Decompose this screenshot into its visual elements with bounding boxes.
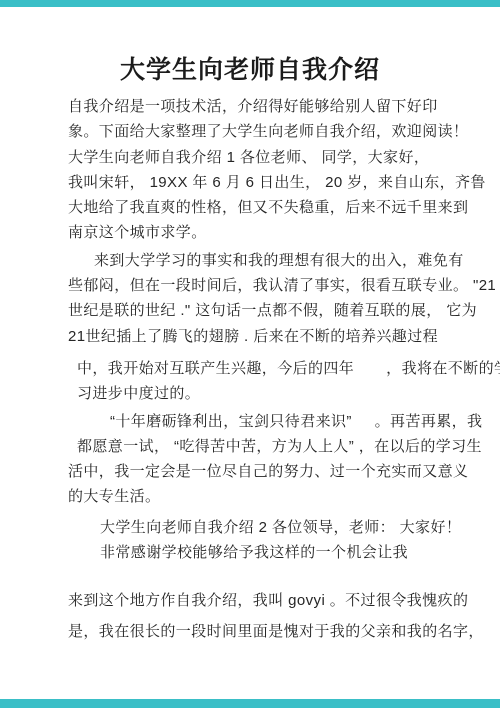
text-line: 世纪是联的世纪 ." 这句话一点都不假，随着互联的展， 它为 — [68, 298, 500, 323]
text-line: 习进步中度过的。 — [68, 381, 500, 406]
text-line: 中，我开始对互联产生兴趣，今后的四年 ，我将在不断的学 — [68, 356, 500, 381]
text-line: 大地给了我直爽的性格，但又不失稳重，后来不远千里来到 — [68, 195, 500, 220]
text-line: 些郁闷，但在一段时间后，我认清了事实，很看互联专业。 "21 — [68, 273, 500, 298]
text-line: 南京这个城市求学。 — [68, 220, 500, 245]
text-line: 来到这个地方作自我介绍，我叫 govyi 。不过很令我愧疚的 — [68, 585, 500, 616]
text-line: 是，我在很长的一段时间里面是愧对于我的父亲和我的名字， — [68, 616, 500, 647]
text-line: 象。下面给大家整理了大学生向老师自我介绍，欢迎阅读！ — [68, 119, 500, 144]
text-line: 的大专生活。 — [68, 484, 500, 509]
page-bottom-edge-band — [0, 699, 500, 708]
text-line: 来到大学学习的事实和我的理想有很大的出入，难免有 — [68, 248, 500, 273]
text-line: “十年磨砺锋利出，宝剑只待君来识” 。再苦再累，我 — [68, 409, 500, 434]
document-title: 大学生向老师自我介绍 — [0, 52, 500, 88]
text-line: 都愿意一试， “吃得苦中苦，方为人上人” ，在以后的学习生 — [68, 434, 500, 459]
text-line: 大学生向老师自我介绍 1 各位老师、 同学，大家好， — [68, 145, 500, 170]
text-line: 我叫宋轩， 19XX 年 6 月 6 日出生， 20 岁，来自山东，齐鲁 — [68, 170, 500, 195]
document-page: 大学生向老师自我介绍 自我介绍是一项技术活，介绍得好能够给别人留下好印象。下面给… — [0, 0, 500, 708]
text-line: 自我介绍是一项技术活，介绍得好能够给别人留下好印 — [68, 94, 500, 119]
text-line: 非常感谢学校能够给予我这样的一个机会让我 — [68, 540, 500, 565]
text-line: 大学生向老师自我介绍 2 各位领导，老师： 大家好！ — [68, 515, 500, 540]
document-body: 自我介绍是一项技术活，介绍得好能够给别人留下好印象。下面给大家整理了大学生向老师… — [0, 94, 500, 647]
text-line: 21世纪插上了腾飞的翅膀 . 后来在不断的培养兴趣过程 — [68, 324, 500, 349]
page-top-edge-band — [0, 0, 500, 7]
text-line: 活中，我一定会是一位尽自己的努力、过一个充实而又意义 — [68, 459, 500, 484]
